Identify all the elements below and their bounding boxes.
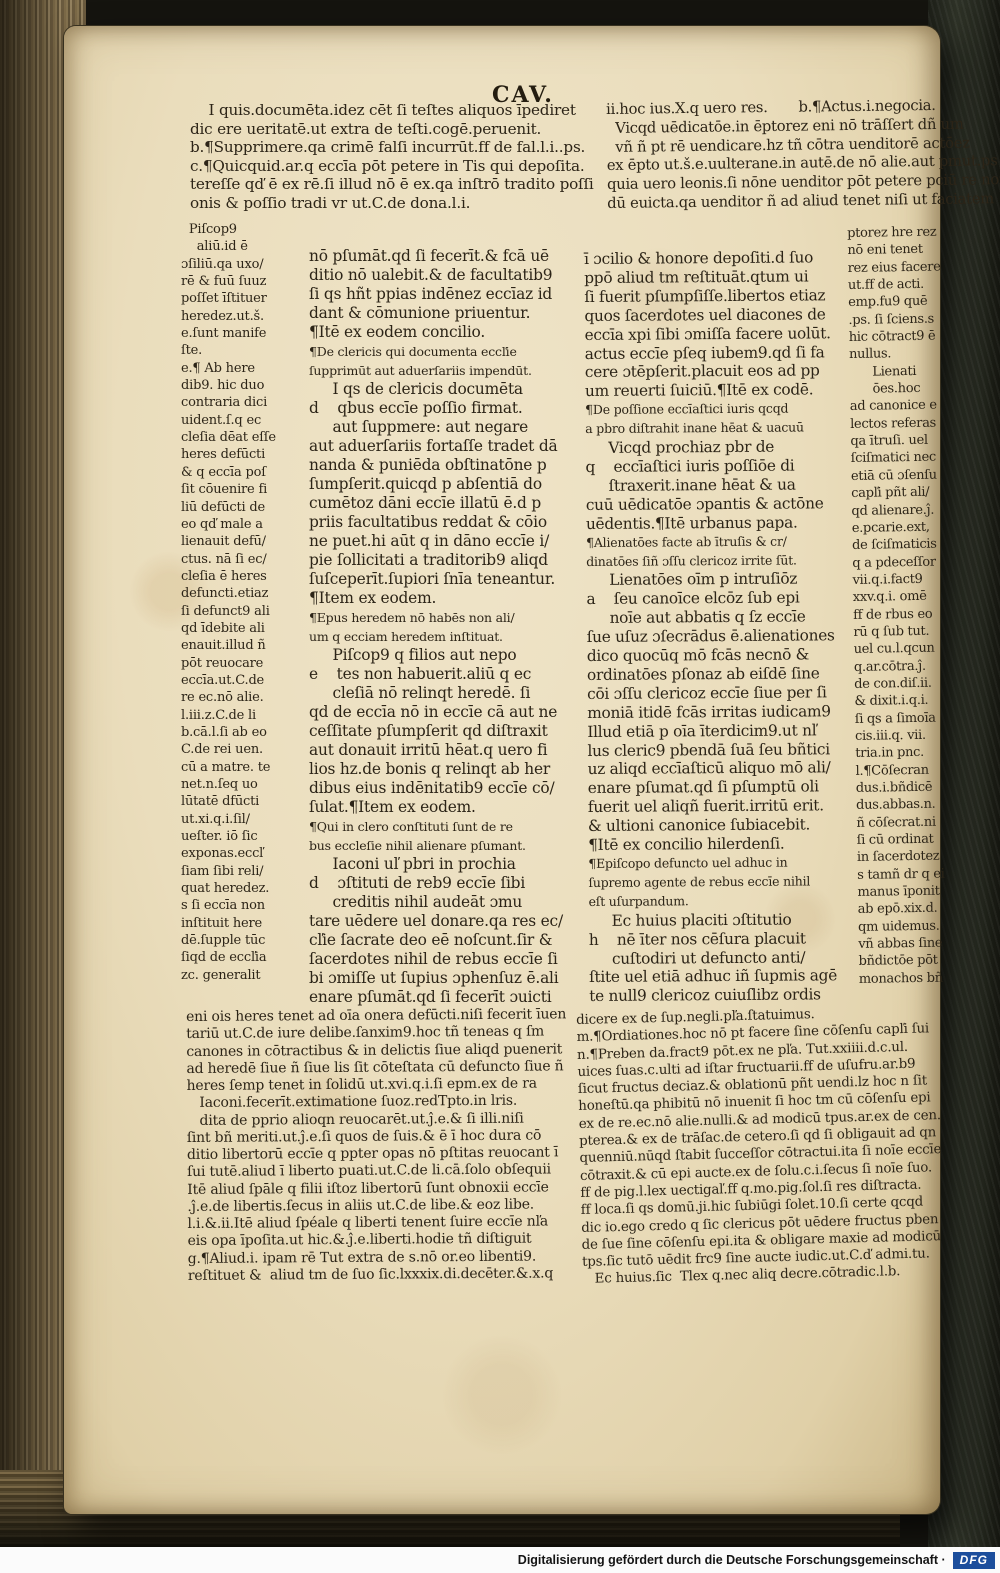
text-line: Lienati [849,362,942,381]
text-line: uēdentis.¶Itē urbanus papa. [586,513,834,534]
text-line: heredez.ut.š. [181,308,276,325]
text-line: ſiqd de eccľia [181,949,276,966]
text-line: dico quocūq mō fcās necnō & [587,645,835,666]
text-line: ſue uſuz ɔſecrādus ē.alienationes [587,626,835,647]
text-line: cumētoz dāni eccīe illatū ē.d p [309,494,563,513]
text-line: heres defūcti [181,446,276,463]
text-line: ſte. [181,342,276,359]
text-line: Piſcop9 [181,221,276,238]
text-line: q eccīaſtici iuris poſſiōe di [585,456,833,477]
text-line: nullus. [849,345,942,364]
text-line: lus cleric9 pbendā ſuā ſeu bñtici [587,740,835,761]
text-line: dibus eius indēnitatib9 eccīe cō/ [309,779,563,798]
text-line: emp.fu9 quē [848,293,941,312]
text-column-left: nō pſumāt.qd ſi fecerīt.& fcā uēditio nō… [309,247,563,1007]
text-line: noīe aut abbatis q ſz eccīe [587,607,835,628]
text-line: ad canonice e [850,397,943,416]
text-line: exponas.eccľ [181,845,276,862]
text-line: dinatōes ſiñ ɔſſu clericoz irrite ſūt. [586,551,834,572]
text-line: etiā cū ɔſenſu [851,466,944,485]
text-line: ɔſiliū.qa uxo/ [181,256,276,273]
text-line: ceſſitate pſumpſerit qd diſtraxit [309,722,563,741]
text-line: ¶Item ex eodem. [309,589,563,608]
text-line: b.cā.l.ſi ab eo [181,724,276,741]
text-line: ſi fuerit pſumpſiſſe.libertos etiaz [584,286,832,307]
text-line: quat heredez. [181,880,276,897]
text-line: ſuſceperīt.ſupiori ſnīa teneantur. [309,570,563,589]
text-line: re ec.nō alie. [181,689,276,706]
text-line: rez eius facere [848,258,941,277]
text-line: b.¶Supprimere.qa crimē falſi incurrūt.ff… [190,138,594,157]
text-line: um reuerti ſuiciū.¶Itē ex codē. [585,381,833,402]
text-line: ſui tutē.aliud ī liberto puati.ut.C.de l… [187,1162,567,1182]
text-line: quos ſacerdotes uel diacones de [584,305,832,326]
text-line: onis & poſſio tradi vr ut.C.de dona.l.i. [190,194,594,213]
text-line: qd de eccīa nō in eccīe cā aut ne [309,703,563,722]
text-line: ñ cōſecrat.ni [856,813,949,832]
text-line: ne puet.hi aūt q in dāno eccīe i/ [309,532,563,551]
text-line: c.¶Quicquid.ar.q eccīa pōt petere in Tis… [190,157,594,176]
text-line: ¶De clericis qui documenta eccľie [309,342,563,361]
text-line: qd īdebite ali [181,620,276,637]
text-line: vii.q.i.fact9 [852,570,945,589]
marginal-gloss-left: Piſcop9 aliū.id ēɔſiliū.qa uxo/rē & fuū … [181,221,276,984]
text-line: Ec huius placiti ɔſtitutio [589,910,837,931]
text-line: & q eccīa poſ [181,464,276,481]
text-line: l.iii.z.C.de li [181,707,276,724]
text-line: dant & cōmunione priuentur. [309,304,563,323]
text-line: pie ſollicitati a traditorib9 aliqd [309,551,563,570]
text-line: ſi qs a ſimoīa [855,709,948,728]
text-line: uel cu.l.qcun [854,640,947,659]
text-line: cōi ɔſſu clericoz eccīe ſiue per ſi [587,683,835,704]
text-line: qm uidemus. [858,917,951,936]
text-line: a ſeu canoīce elcōz ſub epi [586,589,834,610]
text-line: aliū.id ē [181,238,276,255]
text-line: nanda & puniēda obſtinatōne p [309,456,563,475]
text-line: & dixit.i.q.i. [854,692,947,711]
text-line: I quis.documēta.idez cēt ſi teſtes aliqu… [190,101,594,120]
text-line: ptorez hre rez [847,224,940,243]
text-line: ut.ff de acti. [848,276,941,295]
text-line: lectos referas [850,414,943,433]
text-line: xxv.q.i. omē [853,588,946,607]
text-line: eccīa xpi ſibi ɔmiſſa facere uolūt. [585,324,833,345]
text-line: Iaconi uľ pbri in prochia [309,855,563,874]
text-line: moniā itidē fcās irritas iudicam9 [587,702,835,723]
text-line: cuū uēdicatōe ɔpantis & actōne [586,494,834,515]
text-line: reſtituet & aliud tm de ſuo ſic.lxxxix.d… [188,1265,568,1285]
text-line: ſiam ſibi reli/ [181,863,276,880]
text-line: cuſtodiri ut defuncto anti/ [589,948,837,969]
text-column-right: ī ɔcilio & honore depoſiti.d ſuoppō aliu… [584,248,837,1006]
text-line: qa ītruſi. uel [850,432,943,451]
text-line: Vicqd prochiaz pbr de [585,437,833,458]
text-line: inſtituit here [181,915,276,932]
text-line: bi ɔmiſſe ut ſupius ɔphenſuz ē.ali [309,969,563,988]
text-line: eſt uſurpandum. [588,891,836,912]
text-line: um q ecciam heredem inſtituat. [309,627,563,646]
commentary-block-right: dicere ex de ſup.negli.pľa.ſtatuimus.m.¶… [576,1003,945,1289]
text-line: hic cōtract9 ē [849,328,942,347]
text-line: bus eccleſie nihil alienare pſumant. [309,836,563,855]
text-line: & ultioni canonice ſubiacebit. [588,815,836,836]
text-line: ueſter. iō ſic [181,828,276,845]
text-line: dus.i.bñdicē [856,778,949,797]
text-line: ſumpſerit.quicqd p abſentiā do [309,475,563,494]
text-line: Lienatōes oīm p intruſiōz [586,570,834,591]
text-line: q a pdeceſſor [852,553,945,572]
text-line: liū defūcti de [181,499,276,516]
text-line: contraria dici [181,394,276,411]
text-line: manus īponit [857,883,950,902]
text-line: capľi pñt ali/ [851,484,944,503]
text-line: e.ſunt manife [181,325,276,342]
digitization-footer: Digitalisierung gefördert durch die Deut… [0,1547,1000,1573]
marginal-gloss-right: ptorez hre reznō eni tenetrez eius facer… [847,224,952,988]
text-line: qd alienare.ĵ. [851,501,944,520]
text-line: a pbro diſtrahit inane hēat & uacuū [585,418,833,439]
dfg-logo: DFG [953,1552,995,1569]
text-line: ppō aliud tm reſtituāt.qtum ui [584,267,832,288]
text-line: C.de rei uen. [181,741,276,758]
text-line: bñdictōe pōt [858,952,951,971]
text-line: cleſia ē heres [181,568,276,585]
text-line: aut donauit irritū hēat.q uero fi [309,741,563,760]
text-line: enare pſumāt.qd ſi fecerīt ɔuicti [309,988,563,1007]
text-line: Iaconi.fecerīt.extimatione ſuoz.redTpto.… [187,1093,567,1113]
text-line: in ſacerdotez [857,848,950,867]
text-line: cere ɔtēpſerit.placuit eos ad pp [585,362,833,383]
text-line: ſi qs hñt ppias indēnez eccīaz id [309,285,563,304]
text-line: cleſiā nō relinqt heredē. ſi [309,684,563,703]
text-line: cľie ſacrate deo eē noſcunt.ſir & [309,931,563,950]
text-line: ſi defunct9 ali [181,603,276,620]
text-line: poſſet īſtituer [181,290,276,307]
text-line: ab epō.xix.d. [858,900,951,919]
text-block-top-left: I quis.documēta.idez cēt ſi teſtes aliqu… [190,101,594,213]
text-line: creditis nihil audeāt ɔmu [309,893,563,912]
text-line: q.ar.cōtra.ĵ. [854,657,947,676]
text-line: e tes non habuerit.aliū q ec [309,665,563,684]
digitization-credit-text: Digitalisierung gefördert durch die Deut… [518,1553,946,1567]
text-line: e.¶ Ab here [181,360,276,377]
text-line: ī ɔcilio & honore depoſiti.d ſuo [584,248,832,269]
text-line: actus eccīe pſeq iubem9.qd ſi fa [585,343,833,364]
text-line: rū q ſub tut. [853,622,946,641]
text-line: s ſi eccīa non [181,897,276,914]
text-line: lios hz.de bonis q relinqt ab her [309,760,563,779]
text-line: dē.ſupple tūc [181,932,276,949]
text-line: ¶Alienatōes facte ab ītruſis & cr/ [586,532,834,553]
text-line: dic ere ueritatē.ut extra de teſti.cogē.… [190,120,594,139]
text-line: Piſcop9 q filios aut nepo [309,646,563,665]
text-line: eis opa īpoſita.ut hic.&.ĵ.e.liberti.hod… [188,1231,568,1251]
text-line: enare pſumat.qd ſi pſumptū oli [588,778,836,799]
text-line: ff de rbus eo [853,605,946,624]
text-line: cū a matre. te [181,759,276,776]
text-line: Illud etiā p oīa īterdicim9.ut nľ [587,721,835,742]
text-line: tariū ut.C.de iure delibe.ſanxim9.hoc tñ… [186,1024,566,1044]
text-line: s tamñ dr q ei [857,865,950,884]
text-line: ſupremo agente de rebus eccīe nihil [588,872,836,893]
text-line: net.n.ſeq uo [181,776,276,793]
text-line: aut ſuppmere: aut negare [309,418,563,437]
text-line: d ɔſtituti de reb9 eccīe ſibi [309,874,563,893]
text-line: l.¶Cōſecran [855,761,948,780]
text-line: vñ abbas ſine [858,935,951,954]
text-line: ſulat.¶Item ex eodem. [309,798,563,817]
text-line: nō pſumāt.qd ſi fecerīt.& fcā uē [309,247,563,266]
text-line: enauit.illud ñ [181,637,276,654]
text-line: cleſia dēat eſſe [181,429,276,446]
text-line: ¶Itē ex eodem concilio. [309,323,563,342]
text-line: dib9. hic duo [181,377,276,394]
text-line: eccīa.ut.C.de [181,672,276,689]
text-line: ſacerdotes nihil de rebus eccīe ſi [309,950,563,969]
text-line: aut aduerſariis fortaſſe tradet dā [309,437,563,456]
text-line: pōt reuocare [181,655,276,672]
text-line: nō eni tenet [847,241,940,260]
text-line: ſciſmatici nec [851,449,944,468]
text-line: I qs de clericis documēta [309,380,563,399]
text-line: ōes.hoc [849,380,942,399]
text-line: eo qď male a [181,516,276,533]
text-line: rē & fuū ſuuz [181,273,276,290]
text-line: tria.in pnc. [855,744,948,763]
text-line: h nē īter nos cēſura placuit [589,929,837,950]
commentary-block-left: eni ois heres tenet ad oīa onera defūcti… [186,1006,568,1285]
text-line: tereſſe qď ē ex rē.ſi illud nō ē ex.qa i… [190,175,594,194]
text-line: ſit cōuenire fi [181,481,276,498]
text-line: uz aliqd eccīaſticū aliquo mō ali/ [588,759,836,780]
text-line: lūtatē dfūcti [181,793,276,810]
text-line: d qbus eccīe poſſio firmat. [309,399,563,418]
text-line: dus.abbas.n. [856,796,949,815]
text-line: ordinatōes pſonaz ab eiſdē ſine [587,664,835,685]
text-line: defuncti.etiaz [181,585,276,602]
text-line: tare uēdere uel donare.qa res ec/ [309,912,563,931]
text-line: ¶Itē ex concilio hilerdenſi. [588,834,836,855]
scanned-book-photo: CAV. I quis.documēta.idez cēt ſi teſtes … [0,0,1000,1573]
text-line: ditio nō ualebit.& de facultatib9 [309,266,563,285]
text-line: ¶Qui in clero conſtituti ſunt de re [309,817,563,836]
text-line: .ps. ſi ſciens.s [848,310,941,329]
text-line: priis facultatibus reddat & cōio [309,513,563,532]
text-line: zc. generalit [181,967,276,984]
text-line: cis.iii.q. vii. [855,726,948,745]
text-line: ut.xi.q.i.ſil/ [181,811,276,828]
text-line: ſupprimūt aut aduerſariis impendūt. [309,361,563,380]
text-line: ſtraxerit.inane hēat & ua [586,475,834,496]
text-line: lienauit defū/ [181,533,276,550]
text-line: ¶De poſſione eccīaſtici iuris qcqd [585,400,833,421]
text-line: monachos bñ [859,969,952,988]
text-line: ctus. nā ſi ec/ [181,551,276,568]
text-line: ſtite uel etiā adhuc iñ ſupmis agē [589,967,837,988]
text-block-top-right: ii.hoc ius.X.q uero res. b.¶Actus.i.nego… [606,96,1000,214]
text-line: ¶Epus heredem nō habēs non ali/ [309,608,563,627]
text-line: de con.diſ.ii. [854,674,947,693]
text-line: te null9 clericoz cuiuſlibz ordis [589,986,837,1007]
text-line: fuerit uel aliqñ fuerit.irritū erit. [588,797,836,818]
text-line: e.pcarie.ext, [852,518,945,537]
text-line: uident.ſ.q ec [181,412,276,429]
text-line: ¶Epiſcopo defuncto uel adhuc in [588,853,836,874]
text-line: ſi cū ordinat [857,830,950,849]
text-line: de ſciſmaticis [852,536,945,555]
